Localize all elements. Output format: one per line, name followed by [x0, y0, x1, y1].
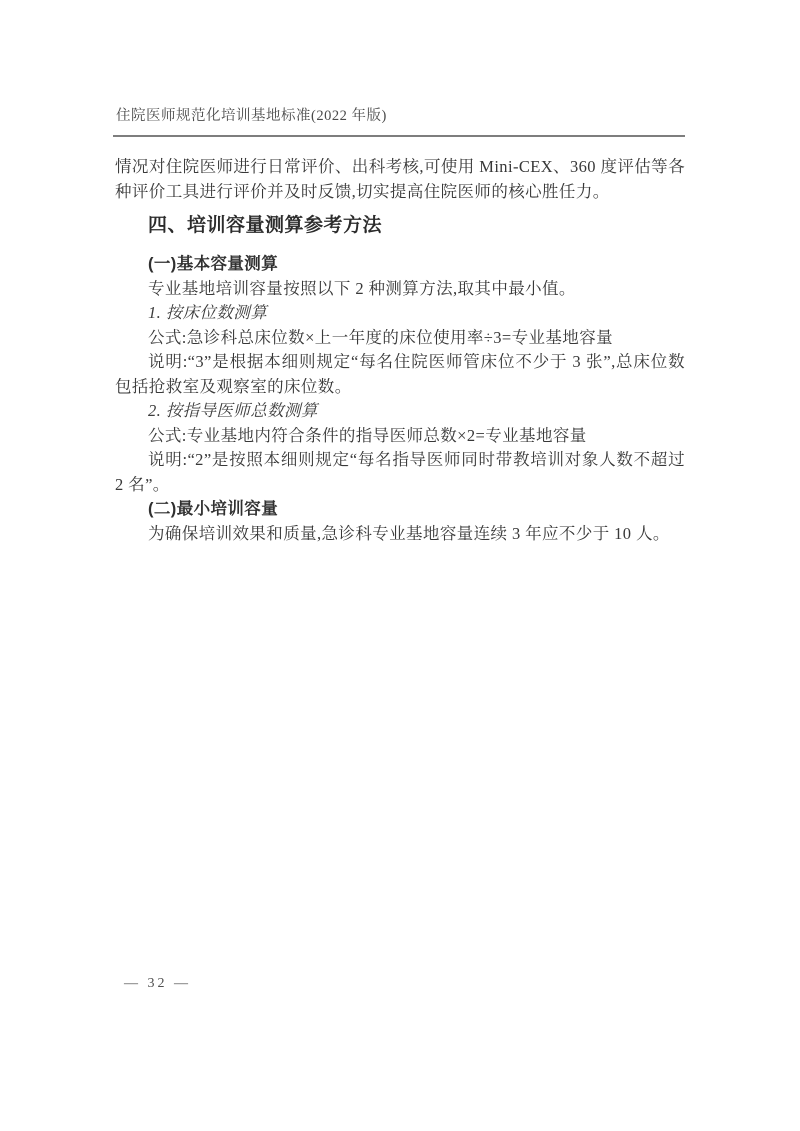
intro-paragraph: 情况对住院医师进行日常评价、出科考核,可使用 Mini-CEX、360 度评估等…: [115, 155, 685, 204]
running-header: 住院医师规范化培训基地标准(2022 年版): [116, 106, 686, 126]
item-2-title: 2. 按指导医师总数测算: [115, 399, 685, 424]
subsection-1-heading: (一)基本容量测算: [115, 252, 685, 277]
subsection-2-text: 为确保培训效果和质量,急诊科专业基地容量连续 3 年应不少于 10 人。: [115, 522, 685, 547]
item-1-note: 说明:“3”是根据本细则规定“每名住院医师管床位不少于 3 张”,总床位数包括抢…: [115, 350, 685, 399]
section-heading: 四、培训容量测算参考方法: [115, 211, 685, 241]
subsection-2-heading: (二)最小培训容量: [115, 497, 685, 522]
page-content: 情况对住院医师进行日常评价、出科考核,可使用 Mini-CEX、360 度评估等…: [115, 155, 685, 546]
subsection-1-intro: 专业基地培训容量按照以下 2 种测算方法,取其中最小值。: [115, 277, 685, 302]
page-number: — 32 —: [124, 976, 191, 992]
document-page: 住院医师规范化培训基地标准(2022 年版) 情况对住院医师进行日常评价、出科考…: [0, 0, 800, 1131]
item-1-title: 1. 按床位数测算: [115, 301, 685, 326]
item-2-note: 说明:“2”是按照本细则规定“每名指导医师同时带教培训对象人数不超过 2 名”。: [115, 448, 685, 497]
header-rule: [113, 135, 685, 137]
item-1-formula: 公式:急诊科总床位数×上一年度的床位使用率÷3=专业基地容量: [115, 326, 685, 351]
item-2-formula: 公式:专业基地内符合条件的指导医师总数×2=专业基地容量: [115, 424, 685, 449]
